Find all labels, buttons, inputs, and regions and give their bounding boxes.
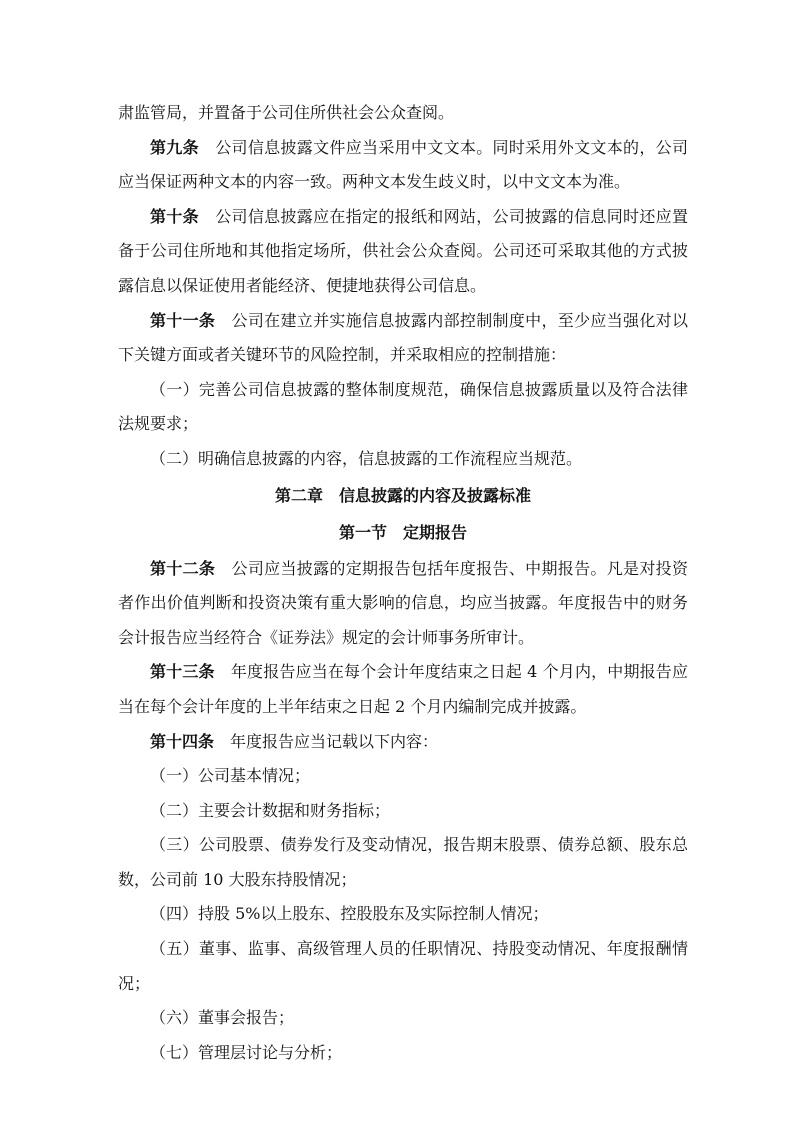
- list-item: （二）明确信息披露的内容，信息披露的工作流程应当规范。: [118, 442, 688, 477]
- paragraph-continuation: 肃监管局，并置备于公司住所供社会公众查阅。: [118, 96, 688, 131]
- article-label: 第九条: [150, 138, 199, 157]
- article-text: 公司信息披露文件应当采用中文文本。同时采用外文文本的，公司应当保证两种文本的内容…: [118, 138, 688, 192]
- list-item: （三）公司股票、债券发行及变动情况，报告期末股票、债券总额、股东总数，公司前 1…: [118, 828, 688, 897]
- list-item: （一）公司基本情况；: [118, 759, 688, 794]
- article-9: 第九条公司信息披露文件应当采用中文文本。同时采用外文文本的，公司应当保证两种文本…: [118, 131, 688, 200]
- article-label: 第十四条: [150, 732, 214, 751]
- article-label: 第十三条: [150, 662, 215, 681]
- article-label: 第十一条: [150, 311, 215, 330]
- article-label: 第十条: [150, 207, 199, 226]
- chapter-heading: 第二章 信息披露的内容及披露标准: [118, 477, 688, 515]
- article-label: 第十二条: [150, 559, 215, 578]
- list-item: （六）董事会报告；: [118, 1001, 688, 1036]
- article-10: 第十条公司信息披露应在指定的报纸和网站，公司披露的信息同时还应置备于公司住所地和…: [118, 200, 688, 304]
- article-text: 年度报告应当记载以下内容：: [230, 732, 438, 751]
- article-13: 第十三条年度报告应当在每个会计年度结束之日起 4 个月内，中期报告应当在每个会计…: [118, 655, 688, 724]
- list-item: （七）管理层讨论与分析；: [118, 1036, 688, 1071]
- list-item: （二）主要会计数据和财务指标；: [118, 794, 688, 829]
- list-item: （一）完善公司信息披露的整体制度规范，确保信息披露质量以及符合法律法规要求；: [118, 373, 688, 442]
- section-heading: 第一节 定期报告: [118, 514, 688, 552]
- article-11: 第十一条公司在建立并实施信息披露内部控制制度中，至少应当强化对以下关键方面或者关…: [118, 304, 688, 373]
- article-14: 第十四条年度报告应当记载以下内容：: [118, 725, 688, 760]
- article-12: 第十二条公司应当披露的定期报告包括年度报告、中期报告。凡是对投资者作出价值判断和…: [118, 552, 688, 656]
- list-item: （四）持股 5%以上股东、控股股东及实际控制人情况；: [118, 897, 688, 932]
- document-page: 肃监管局，并置备于公司住所供社会公众查阅。 第九条公司信息披露文件应当采用中文文…: [118, 96, 688, 1070]
- list-item: （五）董事、监事、高级管理人员的任职情况、持股变动情况、年度报酬情况；: [118, 932, 688, 1001]
- article-text: 公司信息披露应在指定的报纸和网站，公司披露的信息同时还应置备于公司住所地和其他指…: [118, 207, 688, 295]
